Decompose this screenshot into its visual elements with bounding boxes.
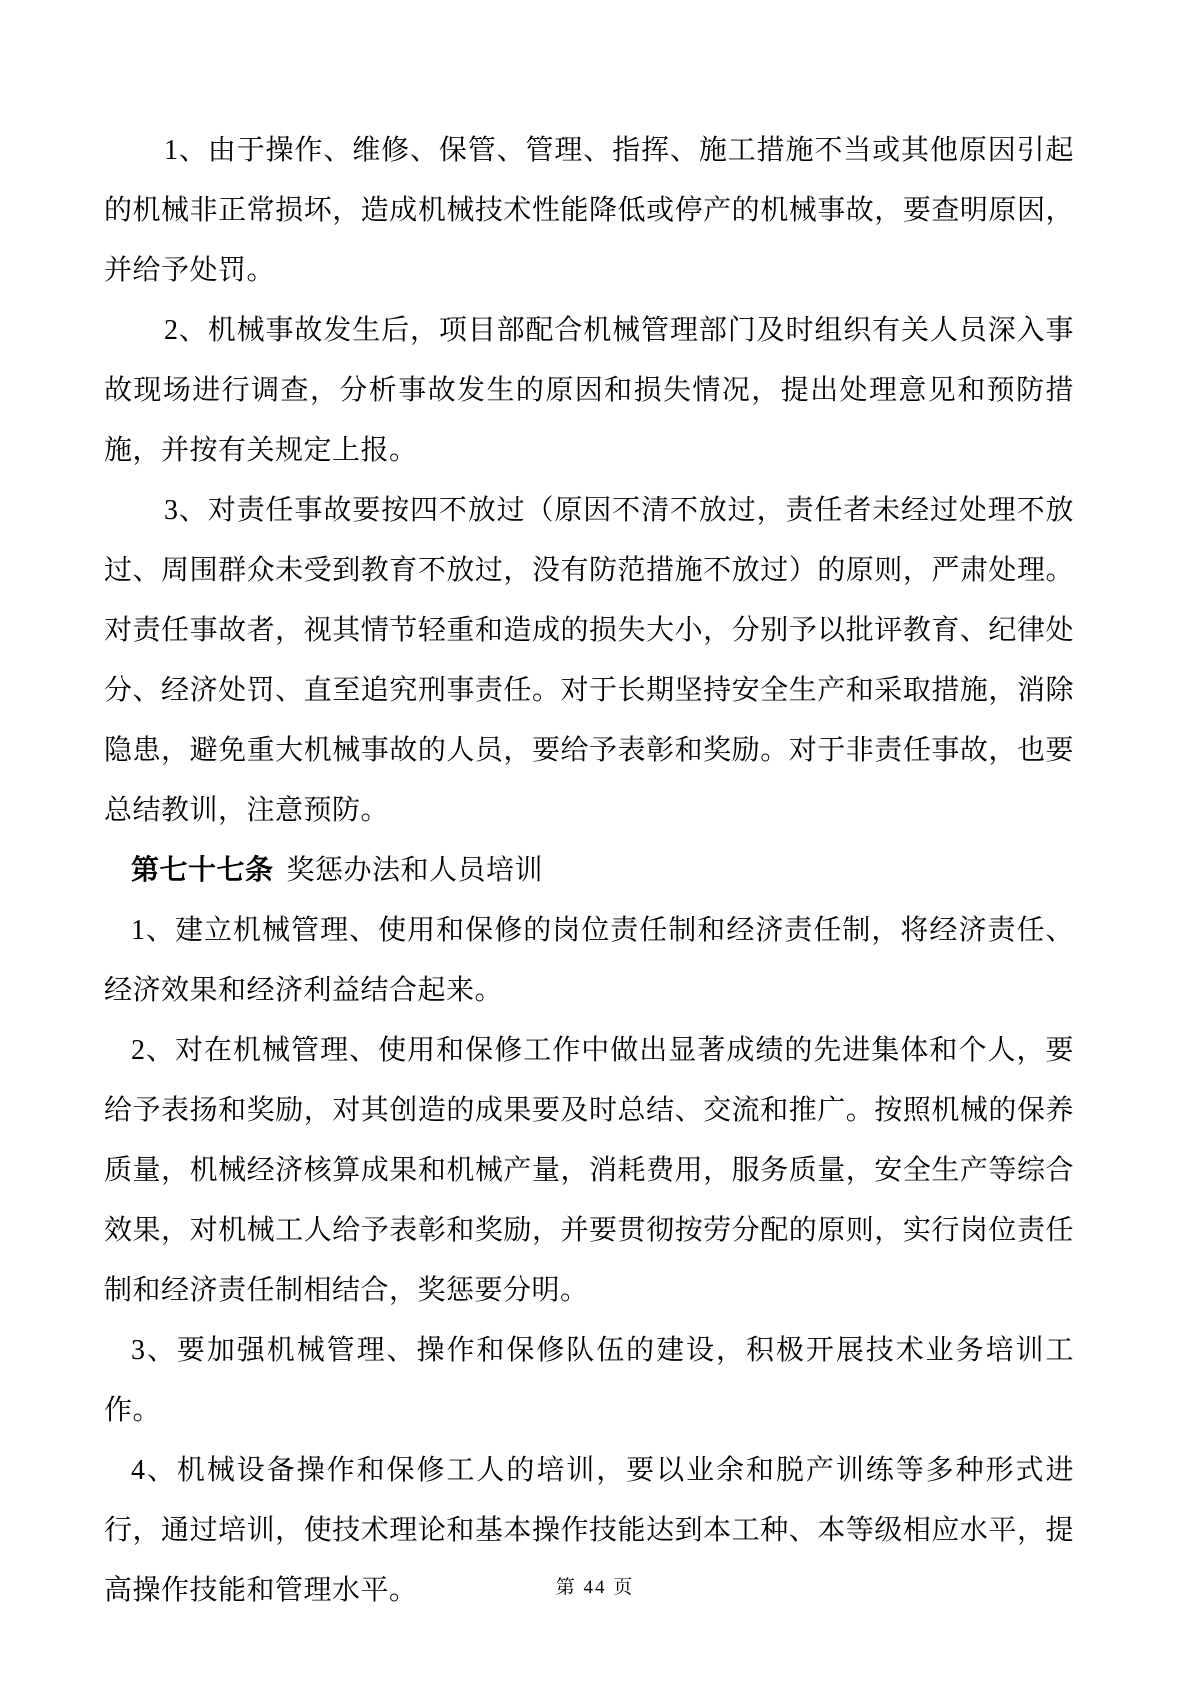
document-body: 1、由于操作、维修、保管、管理、指挥、施工措施不当或其他原因引起的机械非正常损坏… <box>104 121 1074 1621</box>
list-item-responsibility-system: 1、建立机械管理、使用和保修的岗位责任制和经济责任制，将经济责任、经济效果和经济… <box>104 901 1074 1021</box>
page-number: 第 44 页 <box>0 1575 1190 1601</box>
section-heading: 第七十七条奖惩办法和人员培训 <box>104 841 1074 901</box>
document-page: 1、由于操作、维修、保管、管理、指挥、施工措施不当或其他原因引起的机械非正常损坏… <box>0 0 1190 1683</box>
list-item-reward-commendation: 2、对在机械管理、使用和保修工作中做出显著成绩的先进集体和个人，要给予表扬和奖励… <box>104 1021 1074 1321</box>
paragraph-accident-cause: 1、由于操作、维修、保管、管理、指挥、施工措施不当或其他原因引起的机械非正常损坏… <box>104 121 1074 301</box>
paragraph-responsibility-accident: 3、对责任事故要按四不放过（原因不清不放过，责任者未经过处理不放过、周围群众未受… <box>104 481 1074 841</box>
section-heading-title: 奖惩办法和人员培训 <box>287 855 544 886</box>
list-item-team-building: 3、要加强机械管理、操作和保修队伍的建设，积极开展技术业务培训工作。 <box>104 1321 1074 1441</box>
section-heading-number: 第七十七条 <box>131 855 274 886</box>
paragraph-accident-investigation: 2、机械事故发生后，项目部配合机械管理部门及时组织有关人员深入事故现场进行调查，… <box>104 301 1074 481</box>
